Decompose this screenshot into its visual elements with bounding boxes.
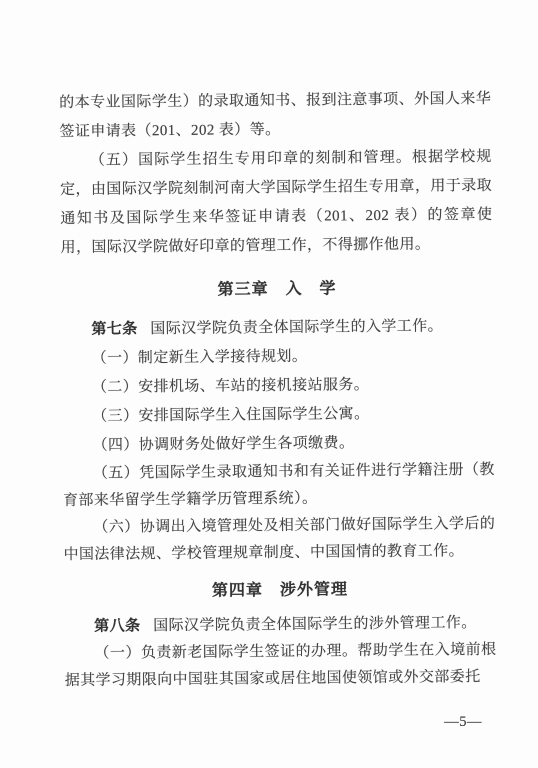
list-item: （三）安排国际学生入住国际学生公寓。 bbox=[62, 399, 494, 432]
article-text: 国际汉学院负责全体国际学生的涉外管理工作。 bbox=[153, 615, 477, 634]
list-item: （二）安排机场、车站的接机接站服务。 bbox=[62, 370, 494, 403]
article-lead: 第七条 bbox=[91, 321, 150, 338]
paragraph: （五）国际学生招生专用印章的刻制和管理。根据学校规定，由国际汉学院刻制河南大学国… bbox=[60, 143, 493, 263]
paragraph: （五）凭国际学生录取通知书和有关证件进行学籍注册（教育部来华留学生学籍学历管理系… bbox=[63, 457, 495, 515]
article-text: 国际汉学院负责全体国际学生的入学工作。 bbox=[150, 318, 443, 337]
paragraph: 的本专业国际学生）的录取通知书、报到注意事项、外国人来华签证申请表（201、20… bbox=[59, 85, 492, 147]
chapter-heading-3: 第三章 入 学 bbox=[61, 273, 493, 306]
list-item: （一）制定新生入学接待规划。 bbox=[62, 341, 494, 374]
paragraph: （一）负责新老国际学生签证的办理。帮助学生在入境前根据其学习期限向中国驻其国家或… bbox=[64, 637, 496, 695]
chapter-heading-4: 第四章 涉外管理 bbox=[64, 575, 496, 606]
article-lead: 第八条 bbox=[94, 618, 153, 635]
list-item: （四）协调财务处做好学生各项缴费。 bbox=[62, 428, 494, 461]
page-number: —5— bbox=[444, 714, 482, 731]
document-body: 的本专业国际学生）的录取通知书、报到注意事项、外国人来华签证申请表（201、20… bbox=[59, 85, 497, 695]
article-7: 第七条国际汉学院负责全体国际学生的入学工作。 bbox=[61, 312, 493, 345]
paragraph: （六）协调出入境管理处及相关部门做好国际学生入学后的中国法律法规、学校管理规章制… bbox=[63, 511, 495, 569]
scanned-document-page: 的本专业国际学生）的录取通知书、报到注意事项、外国人来华签证申请表（201、20… bbox=[0, 0, 538, 768]
article-8: 第八条国际汉学院负责全体国际学生的涉外管理工作。 bbox=[64, 610, 496, 641]
